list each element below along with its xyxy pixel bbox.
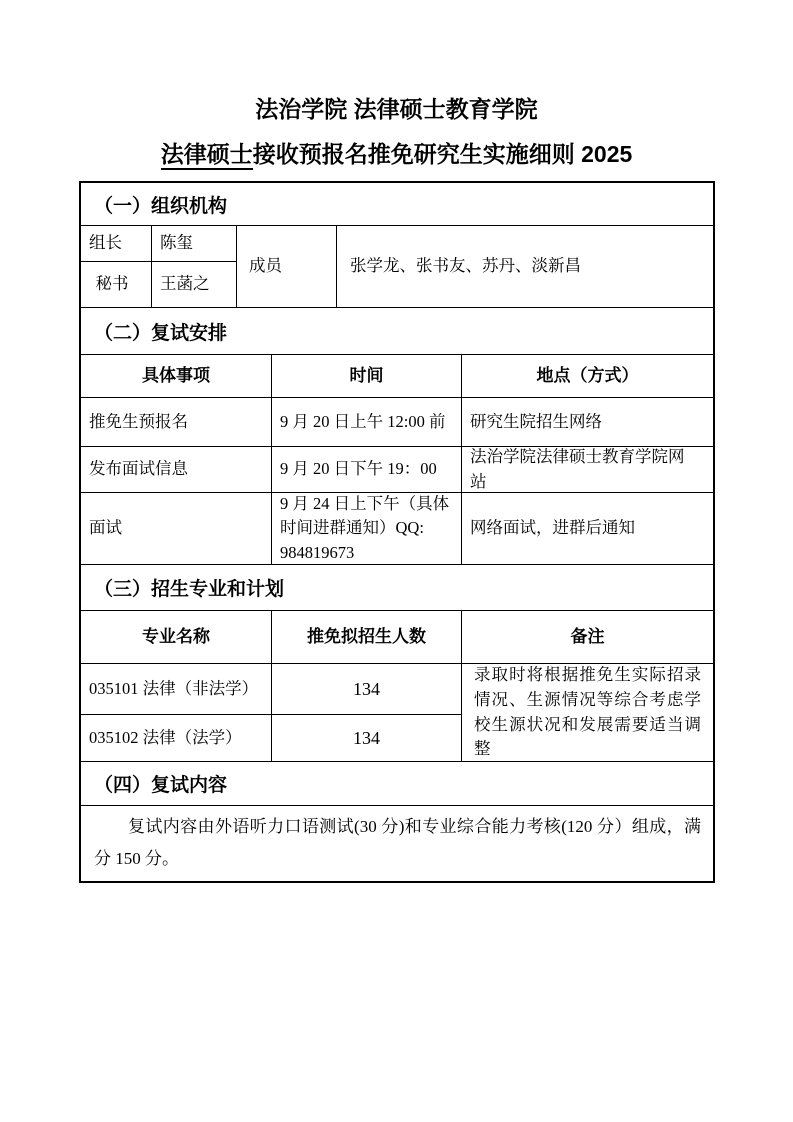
section-heading-content: （四）复试内容 [81,761,713,805]
section-heading-majors: （三）招生专业和计划 [81,564,713,610]
majors-note-cell: 录取时将根据推免生实际招录情况、生源情况等综合考虑学校生源状况和发展需要适当调整 [461,663,713,761]
schedule-row-item: 面试 [81,492,271,564]
section-heading-organization: （一）组织机构 [81,183,713,225]
schedule-header-place: 地点（方式） [461,355,713,397]
majors-header-name: 专业名称 [81,611,271,663]
exam-content-paragraph: 复试内容由外语听力口语测试(30 分)和专业综合能力考核(120 分）组成，满分… [81,805,713,881]
schedule-row-place: 法治学院法律硕士教育学院网站 [461,446,713,492]
schedule-row-time: 9 月 24 日上下午（具体时间进群通知）QQ: 984819673 [271,492,461,564]
schedule-row-time: 9 月 20 日上午 12:00 前 [271,397,461,446]
major-name-cell: 035102 法律（法学） [81,714,271,761]
section-heading-schedule: （二）复试安排 [81,307,713,354]
leader-label-cell: 组长 [81,226,151,261]
members-names-cell: 张学龙、张书友、苏丹、淡新昌 [336,226,713,307]
schedule-header-time: 时间 [271,355,461,397]
document-title-line2: 法律硕士接收预报名推免研究生实施细则 2025 [0,141,793,169]
schedule-row-item: 推免生预报名 [81,397,271,446]
schedule-header-item: 具体事项 [81,355,271,397]
secretary-label-cell: 秘书 [81,261,151,307]
leader-name-cell: 陈玺 [151,226,236,261]
majors-grid: 专业名称 推免拟招生人数 备注 录取时将根据推免生实际招录情况、生源情况等综合考… [81,610,713,761]
title-underlined-part: 法律硕士 [161,141,253,170]
document-title-line1: 法治学院 法律硕士教育学院 [0,96,793,124]
organization-grid: 组长 陈玺 成员 张学龙、张书友、苏丹、淡新昌 秘书 王菡之 [81,225,713,307]
majors-header-note: 备注 [461,611,713,663]
schedule-row-time: 9 月 20 日下午 19：00 [271,446,461,492]
schedule-row-item: 发布面试信息 [81,446,271,492]
main-table: （一）组织机构 组长 陈玺 成员 张学龙、张书友、苏丹、淡新昌 秘书 王菡之 （… [79,181,715,883]
schedule-row-place: 研究生院招生网络 [461,397,713,446]
document-page: 法治学院 法律硕士教育学院 法律硕士接收预报名推免研究生实施细则 2025 （一… [0,0,793,1122]
schedule-row-place: 网络面试，进群后通知 [461,492,713,564]
members-label-cell: 成员 [236,226,336,307]
major-quota-cell: 134 [271,714,461,761]
major-quota-cell: 134 [271,663,461,714]
secretary-name-cell: 王菡之 [151,261,236,307]
title-rest-part: 接收预报名推免研究生实施细则 2025 [253,141,633,167]
majors-header-quota: 推免拟招生人数 [271,611,461,663]
major-name-cell: 035101 法律（非法学） [81,663,271,714]
document-titles: 法治学院 法律硕士教育学院 法律硕士接收预报名推免研究生实施细则 2025 [0,0,793,168]
schedule-grid: 具体事项 时间 地点（方式） 推免生预报名 9 月 20 日上午 12:00 前… [81,354,713,564]
